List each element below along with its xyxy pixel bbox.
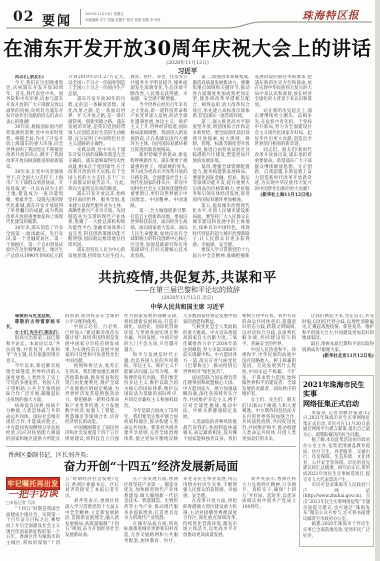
main-article-author: 习近平 [0,66,375,75]
series-badge-script: 一把手访谈 [6,491,60,498]
peace-article-byline: 中华人民共和国主席 习近平 [0,302,375,311]
main-article-attribution: (新华社上海11月12日电) [255,193,312,199]
notice-box: 2021年珠海市民生实事 网络征集正式启动 本报讯 记者刘雅玲报道:12日,20… [299,375,374,547]
interview-badge-block: 牢记嘱托再出发 一把手访谈 □本报记者 马涛 [6,477,60,505]
notice-body: 本报讯 记者刘雅玲报道:12日,2021年珠海市民生实事网络征集正式启动,市民可… [303,411,370,548]
peace-article-greetings: 尊敬的马克龙总统,尊敬的古特雷斯秘书长,女士们,先生们,朋友们: [6,314,60,336]
main-article-body: 同志们,朋友们: 今天,我们在这里隆重集会,庆祝浦东开发开放30周年。首先,我代… [6,75,374,261]
header-rule-swoosh [0,18,375,32]
peace-article-body: 尊敬的马克龙总统,尊敬的古特雷斯秘书长,女士们,先生们,朋友们: 很高兴出席第三… [6,314,296,444]
peace-article-title: 共抗疫情,共促复苏,共谋和平 [0,266,375,286]
notice-title: 2021年珠海市民生实事 网络征集正式启动 [303,380,370,409]
interview-title: 奋力开创“十四五”经济发展新局面 [6,458,296,474]
peace-article-attribution: (新华社北京11月12日电) [302,354,374,360]
newspaper-page: 02 要闻 2020年11月13日 星期五 本版编辑 安宁 美编 赵耀中 校对 … [0,0,375,561]
notice-title-line2: 网络征集正式启动 [303,399,370,409]
notice-title-line1: 2021年珠海市民生实事 [303,380,370,399]
section-rule [6,446,296,447]
peace-article-closing: 让我们携起手来,坚定信心,共克时艰,以团结代替分歧,以理性消除偏见,汇聚起战胜疫… [302,314,374,353]
page-edge [375,0,380,561]
main-article-title: 在浦东开发开放30周年庆祝大会上的讲话 [0,33,375,61]
interview-body: 牢记嘱托再出发 一把手访谈 □本报记者 马涛 “十四五”时期是我国全面建成小康社… [6,477,296,547]
peace-article-body-end: 让我们携起手来,坚定信心,共克时艰,以团结代替分歧,以理性消除偏见,汇聚起战胜疫… [302,314,374,372]
peace-article-subtitle: ——在第三届巴黎和平论坛的致辞 [0,285,375,295]
peace-article-dateline: (2020年11月12日,北京) [0,295,375,301]
main-article-paragraphs: 今天,我们在这里隆重集会,庆祝浦东开发开放30周年。首先,我代表党中央、国务院和… [6,75,312,261]
